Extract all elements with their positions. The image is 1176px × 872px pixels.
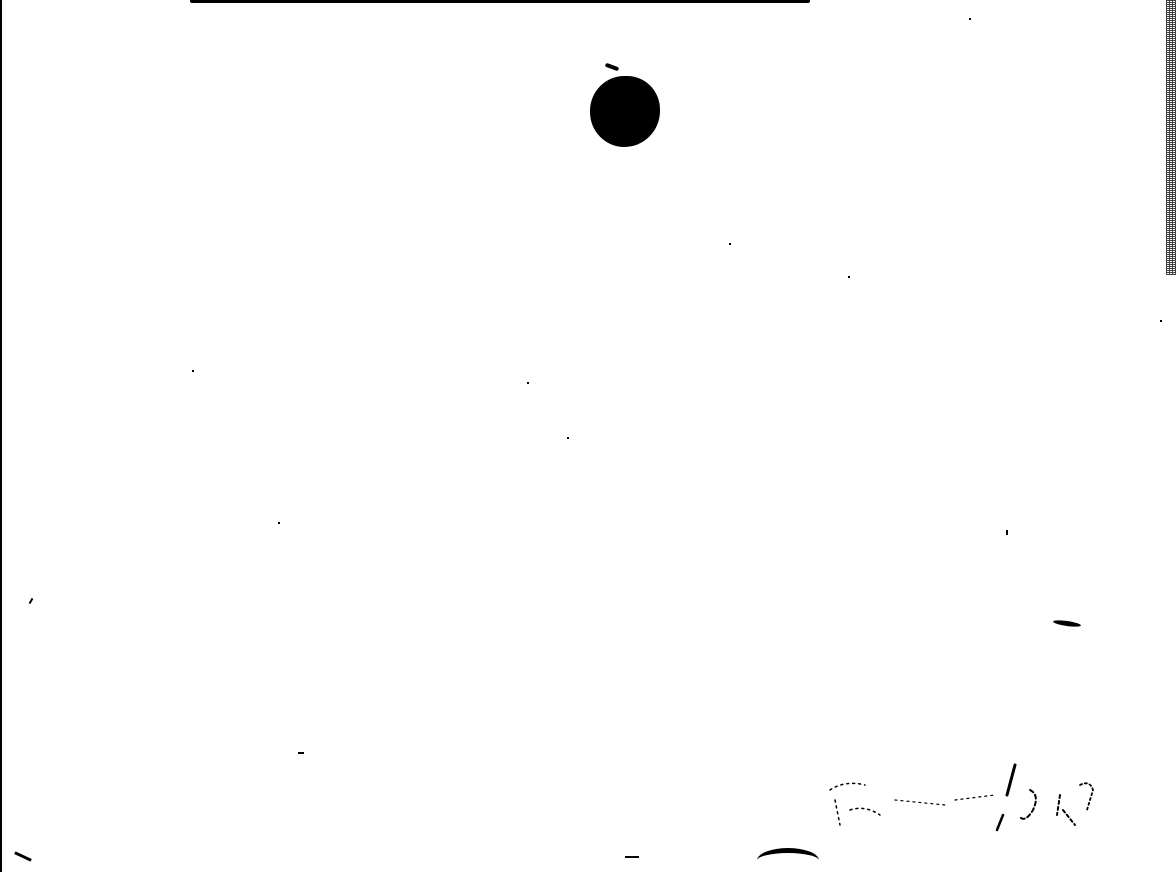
- speck: [729, 243, 731, 245]
- speck: [298, 752, 304, 754]
- speck: [567, 437, 569, 439]
- speck: [278, 522, 280, 524]
- speck: [527, 382, 529, 384]
- page-top-edge: [190, 0, 810, 3]
- handwriting-strokes: [825, 755, 1125, 845]
- scanned-page: [0, 0, 1176, 872]
- handwritten-annotation: [825, 755, 1125, 845]
- speck: [29, 598, 34, 604]
- speck: [192, 370, 194, 372]
- punch-hole: [590, 76, 660, 147]
- scan-artifact-corner: [14, 851, 32, 861]
- speck: [848, 276, 850, 278]
- speck: [1006, 530, 1008, 535]
- speck: [969, 18, 971, 20]
- page-left-edge: [0, 0, 2, 872]
- speck: [1160, 320, 1162, 322]
- scan-artifact-dash: [625, 856, 639, 858]
- scan-artifact-arc: [757, 848, 819, 872]
- scan-artifact-smudge: [1053, 619, 1081, 628]
- punch-fleck: [605, 63, 620, 72]
- page-right-edge-texture: [1166, 0, 1176, 275]
